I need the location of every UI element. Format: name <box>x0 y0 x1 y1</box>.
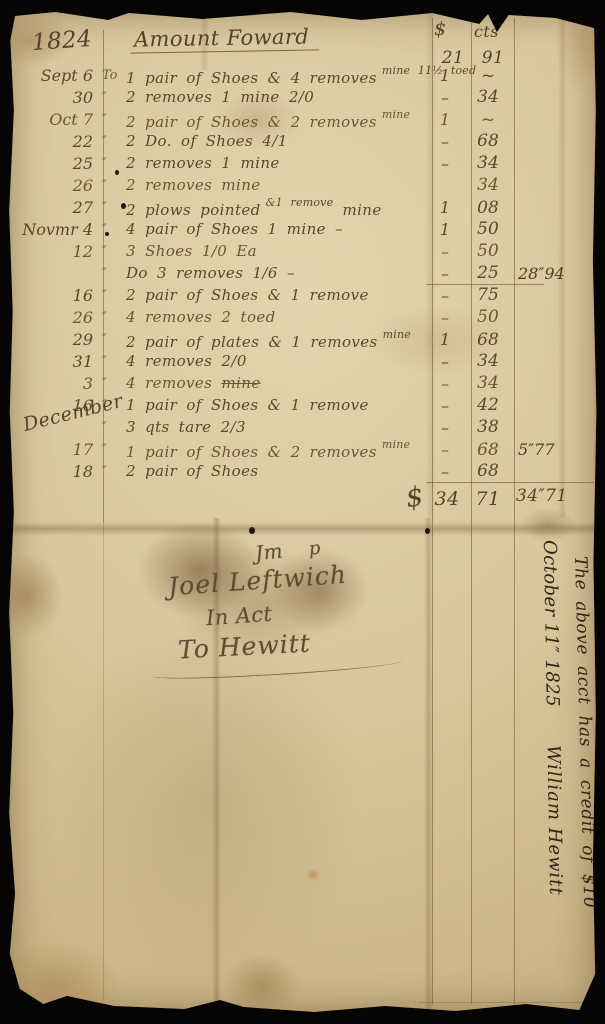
entry-dollars: 1 <box>424 110 466 129</box>
ditto-mark: ″ <box>102 310 126 325</box>
entry-dollars: – <box>424 418 466 437</box>
entry-description: 2 removes 1 mine <box>126 154 424 172</box>
entry-description: 4 removes 2/0 <box>126 352 424 370</box>
entry-description-text: 3 Shoes 1/0 Ea <box>126 242 257 260</box>
ledger-row: 12″3 Shoes 1/0 Ea–50 <box>10 240 590 262</box>
entry-struck-word: mine <box>221 374 260 392</box>
entry-description-text: 2 pair of Shoes <box>126 462 259 480</box>
entry-date: 16 <box>10 286 102 305</box>
entry-dollars: – <box>424 154 466 173</box>
ditto-mark: ″ <box>102 178 126 193</box>
ditto-mark: ″ <box>102 376 126 391</box>
ditto-mark: ″ <box>102 266 126 281</box>
ledger-row: Novmr 4″4 pair of Shoes 1 mine –150 <box>10 218 590 240</box>
vertical-fold-crease-center-lower <box>424 518 433 1014</box>
entry-cents: 75 <box>466 285 510 305</box>
ledger-row: 27″2 plows pointed&1 remove mine108 <box>10 196 590 218</box>
entry-description: 4 pair of Shoes 1 mine – <box>126 220 424 238</box>
entry-date: Sept 6 <box>10 66 102 85</box>
entry-cents: 25 <box>466 263 510 283</box>
entry-cents: 68 <box>466 461 510 481</box>
credit-note-date: October 11″ 1825 <box>539 540 563 707</box>
entry-cents: 50 <box>466 219 510 239</box>
fold-hole <box>249 527 255 534</box>
rotated-margin-note: The above acct has a credit of $10 Octob… <box>508 538 600 1008</box>
entry-dollars: – <box>424 264 466 283</box>
entry-description-text: 1 pair of Shoes & 4 removes <box>126 69 377 87</box>
entry-description-tail: mine <box>333 201 381 219</box>
entry-dollars: – <box>424 462 466 481</box>
ledger-row: 18″2 pair of Shoes–68 <box>10 460 590 482</box>
ledger-row: Sept 6To1 pair of Shoes & 4 removesmine … <box>10 64 590 86</box>
entry-description-text: 3 qts tare 2/3 <box>126 418 246 436</box>
docket-name: Joel Leftwich <box>167 560 348 601</box>
ledger-row: 22″2 Do. of Shoes 4/1–68 <box>10 130 590 152</box>
entry-description: 4 removes 2 toed <box>126 308 424 326</box>
entry-date: 26 <box>10 176 102 195</box>
entry-description-text: 4 removes 2 toed <box>126 308 276 326</box>
entry-description: 1 pair of Shoes & 4 removesmine 11½ toed <box>126 64 424 87</box>
entry-description-text: 2 removes mine <box>126 176 261 194</box>
ditto-mark: ″ <box>102 244 126 259</box>
ditto-mark: ″ <box>102 464 126 479</box>
ledger-entries: Sept 6To1 pair of Shoes & 4 removesmine … <box>10 64 590 482</box>
entry-cents: 50 <box>466 307 510 327</box>
total-margin-note: 34″71 <box>516 486 568 506</box>
entry-date: 31 <box>10 352 102 371</box>
total-dollars: 34 <box>428 488 466 510</box>
date-column-rule-lower <box>103 522 104 1000</box>
entry-dollars: – <box>424 352 466 371</box>
entry-description-text: 2 pair of Shoes & 2 removes <box>126 113 377 131</box>
entry-description: 2 plows pointed&1 remove mine <box>126 196 424 219</box>
credit-note-text: The above acct has a credit of $10 <box>570 556 602 1008</box>
credit-note-signature: William Hewitt <box>542 745 566 896</box>
entry-date: 26 <box>10 308 102 327</box>
entry-cents: ~ <box>466 66 510 86</box>
docket-line-1-text: Jm <box>254 539 284 566</box>
entry-description-text: 1 pair of Shoes & 1 remove <box>126 396 369 414</box>
ledger-row: 31″4 removes 2/0–34 <box>10 350 590 372</box>
entry-dollars: 1 <box>424 220 466 239</box>
docket-flourish-mark: p <box>308 538 322 560</box>
entry-description: 3 qts tare 2/3 <box>126 418 424 436</box>
entry-date: 12 <box>10 242 102 261</box>
ledger-page: 1824 Amount Foward $ cts 21 91 Sept 6To1… <box>8 10 597 1014</box>
dollar-column-header: $ <box>434 18 447 40</box>
entry-margin-note: 5″77 <box>510 440 590 459</box>
entry-cents: 08 <box>466 198 510 218</box>
entry-date: 30 <box>10 88 102 107</box>
entry-dollars: 1 <box>424 66 466 85</box>
entry-description-text: 4 pair of Shoes 1 mine – <box>126 220 343 238</box>
entry-dollars: – <box>424 242 466 261</box>
entry-date: 22 <box>10 132 102 151</box>
entry-description: 3 Shoes 1/0 Ea <box>126 242 424 260</box>
ledger-row: 29″2 pair of plates & 1 removesmine168 <box>10 328 590 350</box>
entry-cents: 38 <box>466 417 510 437</box>
ditto-mark: ″ <box>102 134 126 149</box>
entry-cents: 34 <box>466 351 510 371</box>
entry-description: Do 3 removes 1/6 – <box>126 264 424 282</box>
entry-cents: 68 <box>466 330 510 350</box>
total-dollar-sign: $ <box>404 481 426 514</box>
entry-cents: ~ <box>466 110 510 130</box>
ledger-row: 25″2 removes 1 mine–34 <box>10 152 590 174</box>
ledger-row: ″3 qts tare 2/3–38 <box>10 416 590 438</box>
entry-dollars: – <box>424 286 466 305</box>
entry-description: 4 removes mine <box>126 374 424 392</box>
entry-dollars: 1 <box>424 198 466 217</box>
ditto-mark: ″ <box>102 442 126 457</box>
entry-dollars: – <box>424 132 466 151</box>
entry-date: Oct 7 <box>10 110 102 129</box>
photo-background: 1824 Amount Foward $ cts 21 91 Sept 6To1… <box>0 0 605 1024</box>
entry-description: 2 removes mine <box>126 176 424 194</box>
ledger-row: 30″2 removes 1 mine 2/0–34 <box>10 86 590 108</box>
ditto-mark: To <box>102 68 126 83</box>
entry-date: Novmr 4 <box>10 220 102 239</box>
ditto-mark: ″ <box>102 200 126 215</box>
docket-line-3: In Act <box>205 602 273 631</box>
entry-description-text: 2 removes 1 mine 2/0 <box>126 88 314 106</box>
entry-description: 2 Do. of Shoes 4/1 <box>126 132 424 150</box>
ledger-row: 3″4 removes mine–34 <box>10 372 590 394</box>
docket-line-4: To Hewitt <box>177 629 311 665</box>
pre-total-rule <box>426 482 594 483</box>
entry-superscript: mine <box>382 108 410 121</box>
entry-description-text: 2 Do. of Shoes 4/1 <box>126 132 288 150</box>
entry-dollars: – <box>424 88 466 107</box>
ditto-mark: ″ <box>102 288 126 303</box>
entry-cents: 34 <box>466 175 510 195</box>
ditto-mark: ″ <box>102 354 126 369</box>
ditto-mark: ″ <box>102 156 126 171</box>
ledger-row: 16″2 pair of Shoes & 1 remove–75 <box>10 284 590 306</box>
docket-line-1: Jmp <box>254 535 322 566</box>
ledger-row: 26″2 removes mine34 <box>10 174 590 196</box>
entry-description: 1 pair of Shoes & 2 removesmine <box>126 438 424 461</box>
entry-date: 27 <box>10 198 102 217</box>
entry-date: 25 <box>10 154 102 173</box>
ditto-mark: ″ <box>102 222 126 237</box>
entry-description: 2 removes 1 mine 2/0 <box>126 88 424 106</box>
entry-description-text: 2 removes 1 mine <box>126 154 280 172</box>
total-cents: 71 <box>466 488 510 510</box>
entry-date: 18 <box>10 462 102 481</box>
entry-cents: 68 <box>466 131 510 151</box>
entry-description-text: 2 plows pointed <box>126 201 261 219</box>
entry-dollars: – <box>424 440 466 459</box>
ledger-row: ″Do 3 removes 1/6 ––2528″94 <box>10 262 590 284</box>
ditto-mark: ″ <box>102 332 126 347</box>
entry-dollars: – <box>424 308 466 327</box>
entry-description-text: 4 removes 2/0 <box>126 352 247 370</box>
entry-superscript: mine <box>382 438 410 451</box>
entry-description-text: 1 pair of Shoes & 2 removes <box>126 443 377 461</box>
entry-cents: 34 <box>466 373 510 393</box>
entry-description: 1 pair of Shoes & 1 remove <box>126 396 424 414</box>
entry-description-text: 2 pair of plates & 1 removes <box>126 333 378 351</box>
ledger-row: Oct 7″2 pair of Shoes & 2 removesmine1~ <box>10 108 590 130</box>
year-label: 1824 <box>31 26 93 56</box>
entry-date: 3 <box>10 374 102 393</box>
horizontal-fold-crease <box>8 522 597 536</box>
entry-dollars: 1 <box>424 330 466 349</box>
entry-description: 2 pair of Shoes & 2 removesmine <box>126 108 424 131</box>
entry-cents: 34 <box>466 153 510 173</box>
entry-description: 2 pair of Shoes & 1 remove <box>126 286 424 304</box>
entry-description: 2 pair of Shoes <box>126 462 424 480</box>
ditto-mark: ″ <box>102 420 126 435</box>
entry-dollars: – <box>424 396 466 415</box>
entry-superscript: &1 remove <box>266 196 334 209</box>
entry-cents: 34 <box>466 87 510 107</box>
ditto-mark: ″ <box>102 112 126 127</box>
entry-description-text: Do 3 removes 1/6 – <box>126 264 295 282</box>
entry-description-text: 4 removes <box>126 374 221 392</box>
entry-date: 29 <box>10 330 102 349</box>
entry-dollars: – <box>424 374 466 393</box>
fold-hole <box>425 528 430 534</box>
page-title: Amount Foward <box>130 24 320 53</box>
entry-description-text: 2 pair of Shoes & 1 remove <box>126 286 369 304</box>
entry-margin-note: 28″94 <box>510 264 590 283</box>
ditto-mark: ″ <box>102 90 126 105</box>
entry-cents: 68 <box>466 440 510 460</box>
entry-cents: 42 <box>466 395 510 415</box>
entry-date: 17 <box>10 440 102 459</box>
cents-column-header: cts <box>474 22 499 41</box>
ledger-row: 26″4 removes 2 toed–50 <box>10 306 590 328</box>
entry-superscript: mine <box>383 328 411 341</box>
entry-description: 2 pair of plates & 1 removesmine <box>126 328 424 351</box>
entry-cents: 50 <box>466 241 510 261</box>
ledger-row: 17″1 pair of Shoes & 2 removesmine–685″7… <box>10 438 590 460</box>
